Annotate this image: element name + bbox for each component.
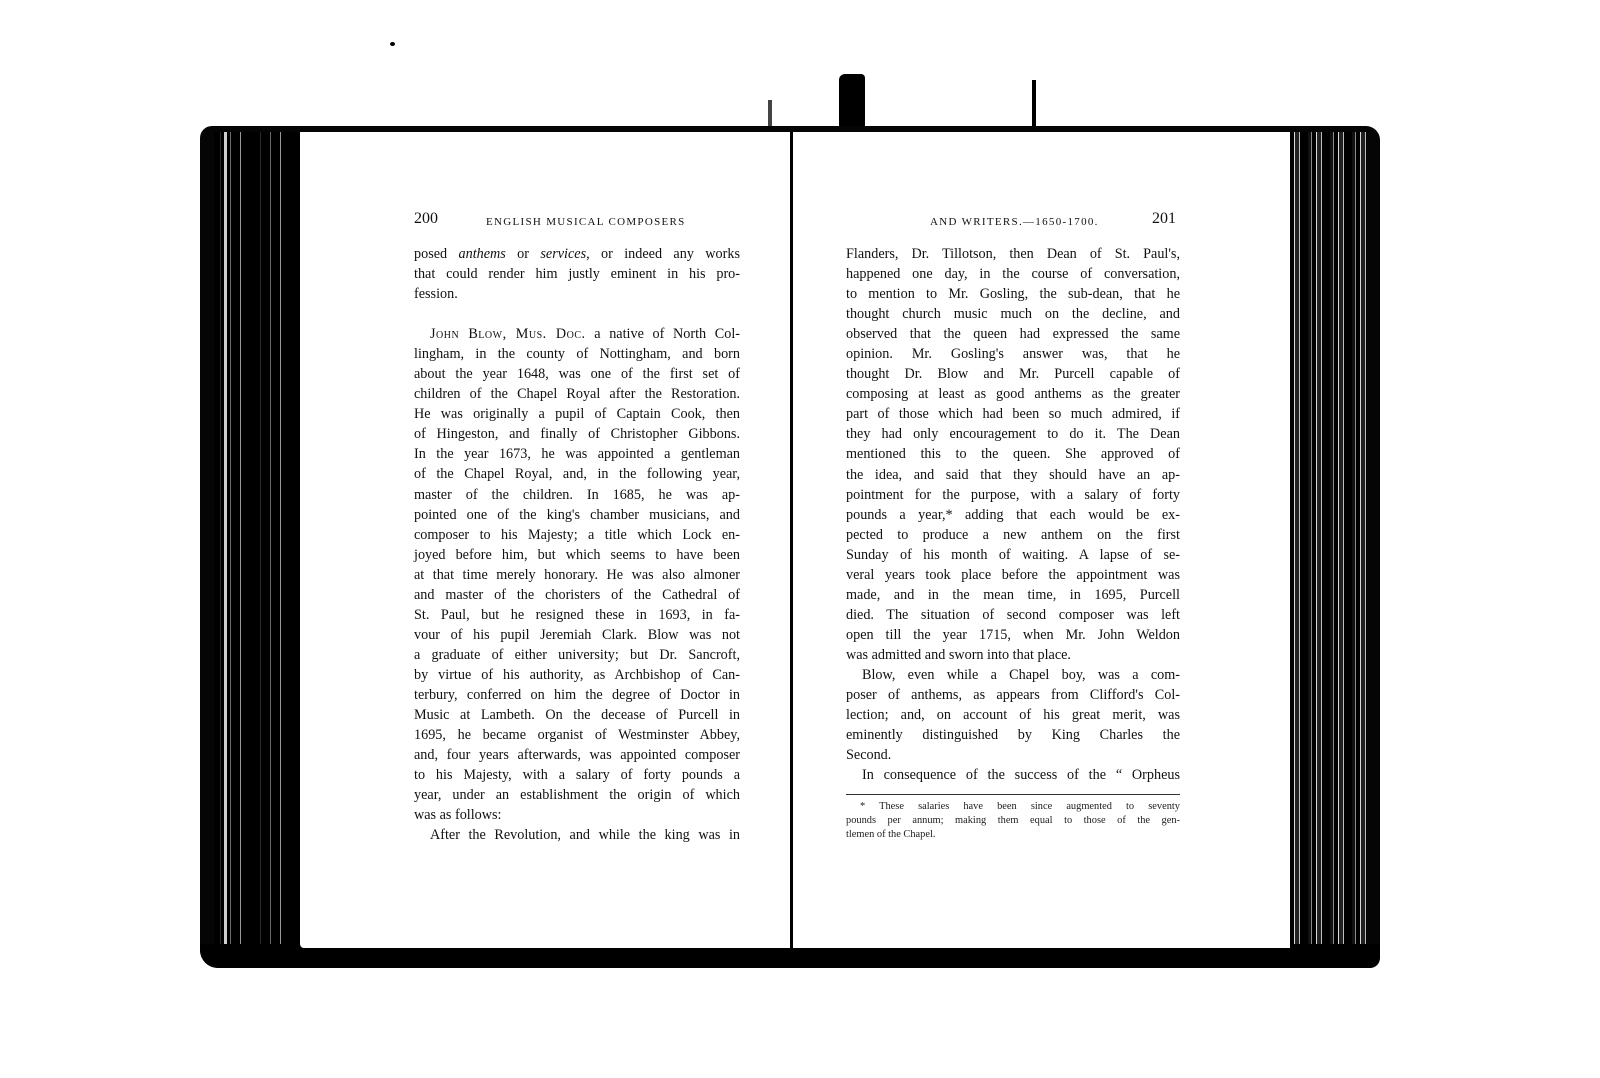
text-line: that could render him justly eminent in … <box>414 264 740 284</box>
text-line: St. Paul, but he resigned these in 1693,… <box>414 605 740 625</box>
text-line: was as follows: <box>414 805 740 825</box>
text-line: fession. <box>414 284 740 304</box>
text-line: lection; and, on account of his great me… <box>846 705 1180 725</box>
text-line: pected to produce a new anthem on the fi… <box>846 525 1180 545</box>
text-line: 1695, he became organist of Westminster … <box>414 725 740 745</box>
bookmark-ribbon <box>839 74 865 134</box>
text-line: He was originally a pupil of Captain Coo… <box>414 404 740 424</box>
text-line: about the year 1648, was one of the firs… <box>414 364 740 384</box>
text-line: In the year 1673, he was appointed a gen… <box>414 444 740 464</box>
left-page-text: posed anthems or services, or indeed any… <box>414 244 740 845</box>
text-line: observed that the queen had expressed th… <box>846 324 1180 344</box>
text-line: to mention to Mr. Gosling, the sub-dean,… <box>846 284 1180 304</box>
text-line: and master of the choristers of the Cath… <box>414 585 740 605</box>
text-line: a graduate of either university; but Dr.… <box>414 645 740 665</box>
text-line: In consequence of the success of the “ O… <box>846 765 1180 785</box>
open-book: 200 ENGLISH MUSICAL COMPOSERS posed anth… <box>200 126 1380 968</box>
text-line: Sunday of his month of waiting. A lapse … <box>846 545 1180 565</box>
text-line: died. The situation of second composer w… <box>846 605 1180 625</box>
text-line: happened one day, in the course of conve… <box>846 264 1180 284</box>
text-line: of Hingeston, and finally of Christopher… <box>414 424 740 444</box>
text-line: Flanders, Dr. Tillotson, then Dean of St… <box>846 244 1180 264</box>
text-line: of the Chapel Royal, and, in the followi… <box>414 464 740 484</box>
text-line: Second. <box>846 745 1180 765</box>
text-line: lingham, in the county of Nottingham, an… <box>414 344 740 364</box>
footnote-line: tlemen of the Chapel. <box>846 828 1180 842</box>
running-head-left: ENGLISH MUSICAL COMPOSERS <box>486 216 686 228</box>
text-line: opinion. Mr. Gosling's answer was, that … <box>846 344 1180 364</box>
text-line: composer to his Majesty; a title which L… <box>414 525 740 545</box>
text-line: and, four years afterwards, was appointe… <box>414 745 740 765</box>
text-line <box>414 304 740 324</box>
text-line: at that time merely honorary. He was als… <box>414 565 740 585</box>
text-line: After the Revolution, and while the king… <box>414 825 740 845</box>
text-line: terbury, conferred on him the degree of … <box>414 685 740 705</box>
right-page: AND WRITERS.—1650-1700. 201 Flanders, Dr… <box>796 132 1290 948</box>
text-line: by virtue of his authority, as Archbisho… <box>414 665 740 685</box>
text-line: children of the Chapel Royal after the R… <box>414 384 740 404</box>
running-head-right: AND WRITERS.—1650-1700. <box>930 216 1099 228</box>
text-line: posed anthems or services, or indeed any… <box>414 244 740 264</box>
text-line: vour of his pupil Jeremiah Clark. Blow w… <box>414 625 740 645</box>
text-line: Music at Lambeth. On the decease of Purc… <box>414 705 740 725</box>
text-line: made, and in the mean time, in 1695, Pur… <box>846 585 1180 605</box>
text-line: poser of anthems, as appears from Cliffo… <box>846 685 1180 705</box>
footnote: * These salaries have been since augment… <box>846 800 1180 843</box>
footnote-line: pounds per annum; making them equal to t… <box>846 814 1180 828</box>
text-line: open till the year 1715, when Mr. John W… <box>846 625 1180 645</box>
left-page: 200 ENGLISH MUSICAL COMPOSERS posed anth… <box>300 132 788 948</box>
text-line: mentioned this to the queen. She approve… <box>846 444 1180 464</box>
text-line: the idea, and said that they should have… <box>846 465 1180 485</box>
page-number-right: 201 <box>1152 210 1176 228</box>
text-line: eminently distinguished by King Charles … <box>846 725 1180 745</box>
text-line: Blow, even while a Chapel boy, was a com… <box>846 665 1180 685</box>
text-line: year, under an establishment the origin … <box>414 785 740 805</box>
text-line: veral years took place before the appoin… <box>846 565 1180 585</box>
book-gutter <box>788 132 796 948</box>
text-line: to his Majesty, with a salary of forty p… <box>414 765 740 785</box>
text-line: part of those which had been so much adm… <box>846 404 1180 424</box>
text-line: thought church music much on the decline… <box>846 304 1180 324</box>
footnote-rule <box>846 794 1180 795</box>
text-line: master of the children. In 1685, he was … <box>414 485 740 505</box>
page-edges-left <box>214 132 306 952</box>
text-line: John Blow, Mus. Doc. a native of North C… <box>414 324 740 344</box>
text-line: joyed before him, but which seems to hav… <box>414 545 740 565</box>
scan-speck <box>390 42 395 46</box>
page-number-left: 200 <box>414 210 438 228</box>
text-line: was admitted and sworn into that place. <box>846 645 1180 665</box>
text-line: composing at least as good anthems as th… <box>846 384 1180 404</box>
footnote-line: * These salaries have been since augment… <box>846 800 1180 814</box>
text-line: pounds a year,* adding that each would b… <box>846 505 1180 525</box>
text-line: thought Dr. Blow and Mr. Purcell capable… <box>846 364 1180 384</box>
text-line: pointed one of the king's chamber musici… <box>414 505 740 525</box>
page-edges-right <box>1286 132 1366 952</box>
text-line: they had only encouragement to do it. Th… <box>846 424 1180 444</box>
right-page-text: Flanders, Dr. Tillotson, then Dean of St… <box>846 244 1180 785</box>
text-line: pointment for the purpose, with a salary… <box>846 485 1180 505</box>
